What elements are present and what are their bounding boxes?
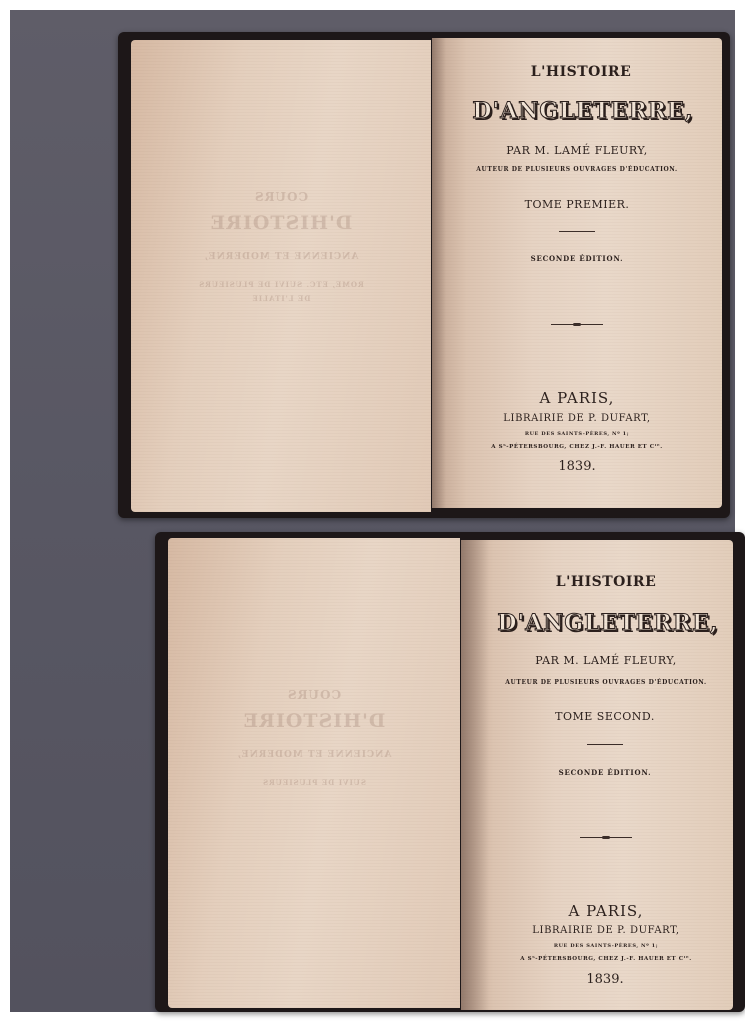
address-label: RUE DES SAINTS-PÈRES, Nº 1; bbox=[461, 943, 733, 949]
city-label: A PARIS, bbox=[461, 902, 733, 920]
verso-page-tome-second: COURS D'HISTOIRE ANCIENNE ET MODERNE, SU… bbox=[168, 538, 460, 1008]
ghost-line: ANCIENNE ET MODERNE, bbox=[131, 252, 431, 262]
ghost-line: COURS bbox=[168, 688, 460, 702]
divider-rule bbox=[432, 231, 722, 232]
title-angleterre: D'ANGLETERRE, bbox=[461, 610, 733, 636]
author-note: AUTEUR DE PLUSIEURS OUVRAGES D'ÉDUCATION… bbox=[432, 166, 722, 173]
title-page-tome-second: L'HISTOIRE D'ANGLETERRE, PAR M. LAMÉ FLE… bbox=[461, 540, 733, 1010]
city-label: A PARIS, bbox=[432, 389, 722, 407]
edition-label: SECONDE ÉDITION. bbox=[461, 768, 733, 777]
title-page-tome-premier: L'HISTOIRE D'ANGLETERRE, PAR M. LAMÉ FLE… bbox=[432, 38, 722, 508]
author-line: PAR M. LAMÉ FLEURY, bbox=[432, 144, 722, 157]
ornament-divider bbox=[461, 836, 733, 839]
title-angleterre: D'ANGLETERRE, bbox=[432, 98, 722, 124]
verso-page-tome-premier: COURS D'HISTOIRE ANCIENNE ET MODERNE, RO… bbox=[131, 40, 431, 512]
ghost-line: D'HISTOIRE bbox=[131, 212, 431, 234]
ghost-line: D'HISTOIRE bbox=[168, 710, 460, 732]
ghost-line: ROME, ETC. SUIVI DE PLUSIEURS bbox=[131, 280, 431, 289]
divider-rule bbox=[461, 744, 733, 745]
title-line-histoire: L'HISTOIRE bbox=[461, 574, 733, 590]
author-note: AUTEUR DE PLUSIEURS OUVRAGES D'ÉDUCATION… bbox=[461, 679, 733, 686]
tome-label: TOME SECOND. bbox=[461, 710, 733, 723]
ghost-line: DE L'ITALIE bbox=[131, 294, 431, 303]
year-label: 1839. bbox=[432, 459, 722, 474]
edition-label: SECONDE ÉDITION. bbox=[432, 254, 722, 263]
address-label: RUE DES SAINTS-PÈRES, Nº 1; bbox=[432, 431, 722, 437]
publisher-label: LIBRAIRIE DE P. DUFART, bbox=[461, 925, 733, 936]
tome-label: TOME PREMIER. bbox=[432, 198, 722, 211]
branch-label: A Sᵀ-PÉTERSBOURG, CHEZ J.-F. HAUER ET Cᴵ… bbox=[461, 956, 733, 962]
ghost-line: ANCIENNE ET MODERNE, bbox=[168, 750, 460, 760]
ghost-line: COURS bbox=[131, 190, 431, 204]
year-label: 1839. bbox=[461, 972, 733, 987]
publisher-label: LIBRAIRIE DE P. DUFART, bbox=[432, 413, 722, 424]
author-line: PAR M. LAMÉ FLEURY, bbox=[461, 654, 733, 667]
title-line-histoire: L'HISTOIRE bbox=[432, 64, 722, 80]
ghost-line: SUIVI DE PLUSIEURS bbox=[168, 778, 460, 787]
branch-label: A Sᵀ-PÉTERSBOURG, CHEZ J.-F. HAUER ET Cᴵ… bbox=[432, 444, 722, 450]
ornament-divider bbox=[432, 323, 722, 326]
